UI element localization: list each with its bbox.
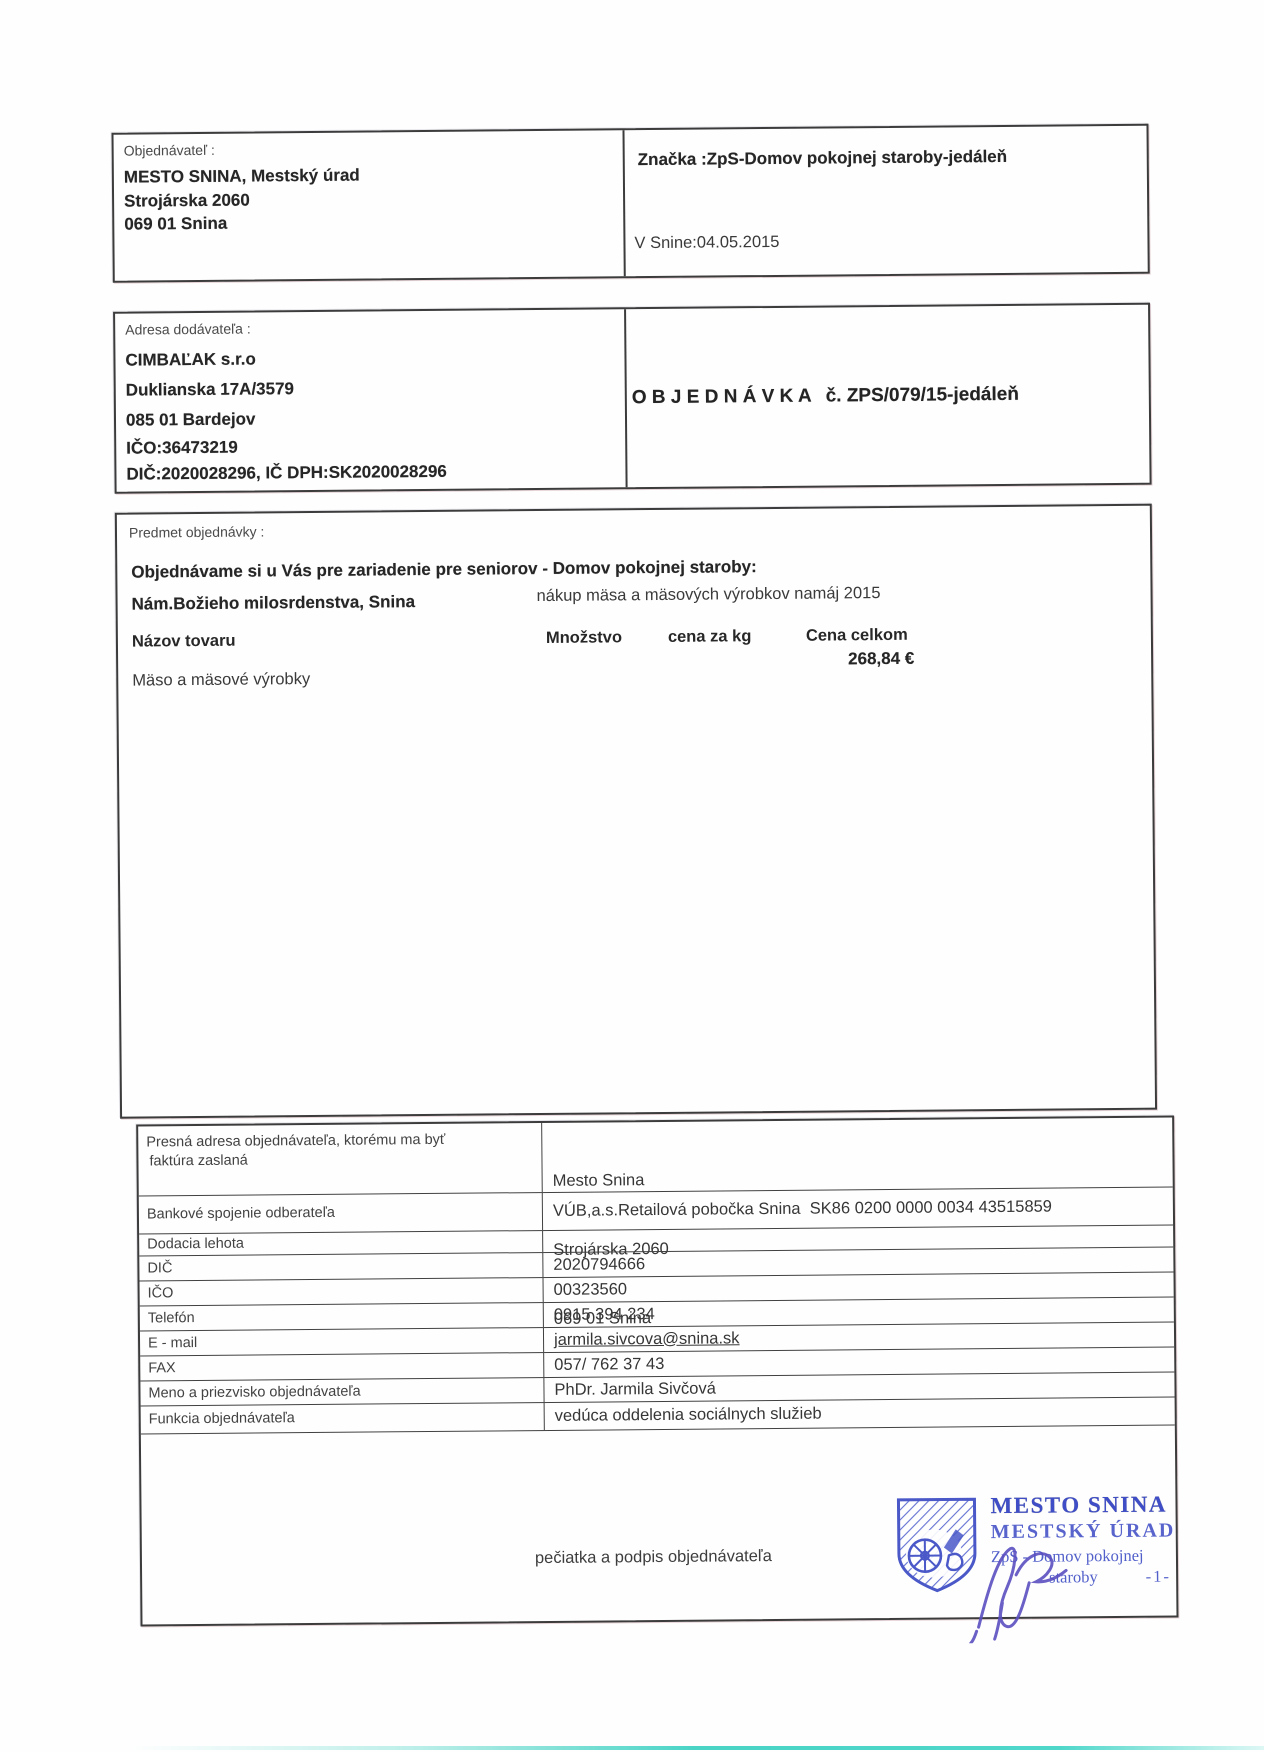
row-value: Mesto Snina Strojárska 2060 069 01 Snina [542, 1118, 1173, 1192]
orderer-label: Objednávateľ : [124, 138, 613, 158]
email-link[interactable]: jarmila.sivcova@snina.sk [554, 1327, 740, 1352]
order-heading: O B J E D N Á V K Ač. ZPS/079/15-jedáleň [632, 384, 1019, 409]
row-label: Telefón [140, 1303, 544, 1331]
supplier-cell: Adresa dodávateľa : CIMBAĽAK s.r.o Dukli… [125, 317, 615, 487]
scanner-edge-artifact [130, 1746, 1264, 1751]
row-label-line: faktúra zaslaná [146, 1149, 533, 1171]
row-label: Bankové spojenie odberateľa [139, 1193, 543, 1234]
handwritten-signature [954, 1530, 1115, 1643]
column-header-qty: Množstvo [546, 628, 622, 648]
row-label: DIČ [139, 1253, 543, 1281]
supplier-label: Adresa dodávateľa : [125, 317, 614, 337]
row-label: Presná adresa objednávateľa, ktorému ma … [138, 1123, 543, 1196]
order-heading-cell: O B J E D N Á V K Ač. ZPS/079/15-jedáleň [631, 305, 1144, 487]
subject-box: Predmet objednávky : Objednávame si u Vá… [115, 504, 1157, 1119]
supplier-city: 085 01 Bardejov [126, 401, 615, 435]
row-value: VÚB,a.s.Retailová pobočka Snina SK86 020… [543, 1188, 1173, 1230]
stamp-page-number: -1- [1146, 1567, 1171, 1587]
orderer-cell: Objednávateľ : MESTO SNINA, Mestský úrad… [124, 138, 614, 236]
row-value: vedúca oddelenia sociálnych služieb [545, 1398, 1175, 1430]
supplier-street: Duklianska 17A/3579 [126, 371, 615, 405]
box1-divider [622, 130, 625, 276]
box2-divider [624, 309, 628, 487]
item-total: 268,84 € [848, 649, 914, 670]
column-header-name: Názov tovaru [132, 632, 236, 652]
city-stamp: MESTO SNINA MESTSKÝ ÚRAD ZpS - Domov pok… [893, 1489, 1180, 1621]
purchase-note: nákup mäsa a mäsových výrobkov namáj 201… [536, 584, 880, 606]
order-intro: Objednávame si u Vás pre zariadenie pre … [131, 557, 757, 582]
order-heading-word: O B J E D N Á V K A [632, 386, 812, 409]
row-label: Meno a priezvisko objednávateľa [140, 1378, 544, 1406]
supplier-dic: DIČ:2020028296, IČ DPH:SK2020028296 [126, 457, 615, 487]
column-header-total: Cena celkom [806, 626, 908, 646]
reference-mark: Značka :ZpS-Domov pokojnej staroby-jedál… [638, 147, 1008, 170]
reference-cell: Značka :ZpS-Domov pokojnej staroby-jedál… [630, 134, 1142, 270]
place-date: V Snine:04.05.2015 [634, 233, 779, 253]
row-label: E - mail [140, 1328, 544, 1356]
delivery-address: Nám.Božieho milosrdenstva, Snina [132, 592, 416, 614]
table-row: Presná adresa objednávateľa, ktorému ma … [138, 1118, 1173, 1197]
row-label: Funkcia objednávateľa [141, 1403, 545, 1434]
document-content: Objednávateľ : MESTO SNINA, Mestský úrad… [0, 0, 1264, 1752]
supplier-order-box: Adresa dodávateľa : CIMBAĽAK s.r.o Dukli… [113, 303, 1152, 494]
scanned-order-document: Objednávateľ : MESTO SNINA, Mestský úrad… [0, 0, 1264, 1752]
subject-label: Predmet objednávky : [129, 523, 265, 540]
row-label: Dodacia lehota [139, 1231, 543, 1256]
stamp-city-name: MESTO SNINA [990, 1492, 1175, 1520]
details-and-signature-box: Presná adresa objednávateľa, ktorému ma … [136, 1115, 1178, 1626]
signature-caption: pečiatka a podpis objednávateľa [535, 1547, 772, 1568]
orderer-city: 069 01 Snina [124, 208, 613, 236]
row-label: IČO [140, 1278, 544, 1306]
order-number: č. ZPS/079/15-jedáleň [826, 384, 1019, 407]
item-name: Mäso a mäsové výrobky [132, 670, 310, 691]
supplier-name: CIMBAĽAK s.r.o [125, 341, 614, 375]
orderer-reference-box: Objednávateľ : MESTO SNINA, Mestský úrad… [111, 124, 1149, 283]
row-label: FAX [140, 1353, 544, 1381]
column-header-unit-price: cena za kg [668, 627, 752, 647]
